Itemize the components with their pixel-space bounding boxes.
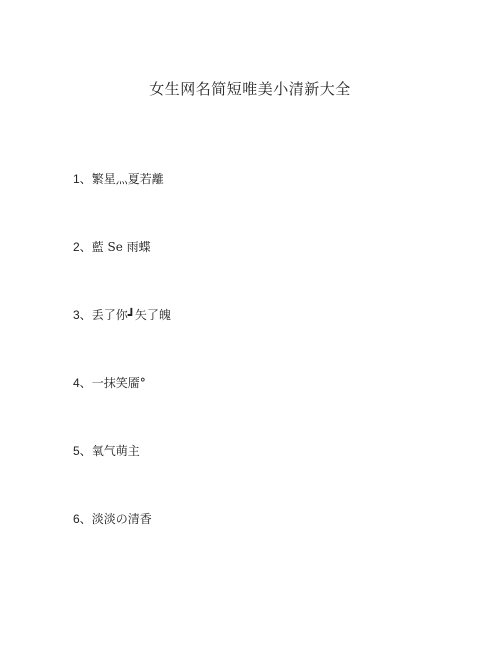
list-item: 5、氧气萌主 — [73, 442, 140, 459]
document-page: 女生网名简短唯美小清新大全 1、繁星灬夏若離 2、藍 Se 雨蝶 3、丢了你┛矢… — [0, 0, 500, 647]
list-item: 2、藍 Se 雨蝶 — [73, 238, 151, 255]
item-text: 一抹笑靥° — [92, 376, 146, 390]
item-number: 3、 — [73, 308, 92, 322]
item-text: 繁星灬夏若離 — [92, 172, 164, 186]
item-number: 5、 — [73, 444, 92, 458]
item-number: 2、 — [73, 240, 92, 254]
list-item: 6、淡淡の清香 — [73, 510, 152, 527]
item-text: 淡淡の清香 — [92, 512, 152, 526]
item-text: 丢了你┛矢了魄 — [92, 308, 171, 322]
item-number: 6、 — [73, 512, 92, 526]
page-title: 女生网名简短唯美小清新大全 — [0, 78, 500, 99]
item-text: 藍 Se 雨蝶 — [92, 240, 151, 254]
list-item: 3、丢了你┛矢了魄 — [73, 306, 171, 323]
item-number: 4、 — [73, 376, 92, 390]
list-item: 1、繁星灬夏若離 — [73, 170, 164, 187]
list-item: 4、一抹笑靥° — [73, 374, 146, 391]
item-text: 氧气萌主 — [92, 444, 140, 458]
item-number: 1、 — [73, 172, 92, 186]
